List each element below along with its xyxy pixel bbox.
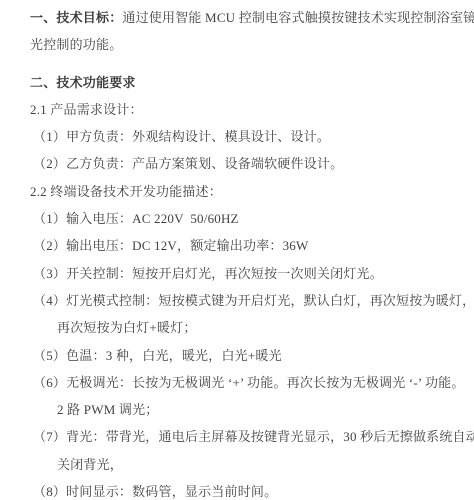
body-text: 关闭背光， bbox=[57, 457, 123, 472]
body-text: （1）输入电压：AC 220V 50/60HZ bbox=[33, 211, 239, 226]
body-text: （1）甲方负责：外观结构设计、模具设计、设计。 bbox=[33, 129, 330, 144]
body-text: 光控制的功能。 bbox=[30, 37, 122, 52]
paragraph-line: （6）无极调光：长按为无极调光 ‘+’ 功能。再次长按为无极调光 ‘-’ 功能。 bbox=[30, 369, 472, 396]
body-text: （2）输出电压：DC 12V，额定输出功率：36W bbox=[33, 238, 308, 253]
paragraph-line: 一、技术目标：通过使用智能 MCU 控制电容式触摸按键技术实现控制浴室镜灯 bbox=[30, 4, 472, 31]
body-text: （8）时间显示：数码管，显示当前时间。 bbox=[33, 484, 277, 499]
paragraph-line: 再次短按为白灯+暖灯； bbox=[30, 314, 472, 341]
paragraph-line: 2.2 终端设备技术开发功能描述： bbox=[30, 178, 472, 205]
document-body: 一、技术目标：通过使用智能 MCU 控制电容式触摸按键技术实现控制浴室镜灯光控制… bbox=[30, 4, 472, 500]
body-text: 2.2 终端设备技术开发功能描述： bbox=[30, 184, 222, 199]
paragraph-line: 光控制的功能。 bbox=[30, 31, 472, 58]
heading-text: 二、技术功能要求 bbox=[30, 75, 136, 90]
paragraph-line: （8）时间显示：数码管，显示当前时间。 bbox=[30, 478, 472, 500]
body-text: 通过使用智能 MCU 控制电容式触摸按键技术实现控制浴室镜灯 bbox=[122, 10, 474, 25]
paragraph-line: （4）灯光模式控制：短按模式键为开启灯光，默认白灯，再次短按为暖灯， bbox=[30, 287, 472, 314]
body-text: （3）开关控制：短按开启灯光，再次短按一次则关闭灯光。 bbox=[33, 266, 383, 281]
body-text: （5）色温：3 种，白光，暖光，白光+暖光 bbox=[33, 348, 282, 363]
body-text: （2）乙方负责：产品方案策划、设备端软硬件设计。 bbox=[33, 156, 343, 171]
paragraph-line: 2.1 产品需求设计： bbox=[30, 96, 472, 123]
body-text: （6）无极调光：长按为无极调光 ‘+’ 功能。再次长按为无极调光 ‘-’ 功能。 bbox=[33, 375, 465, 390]
body-text: 再次短按为白灯+暖灯； bbox=[57, 320, 197, 335]
paragraph-line: （2）输出电压：DC 12V，额定输出功率：36W bbox=[30, 232, 472, 259]
heading-text: 一、技术目标： bbox=[30, 10, 122, 25]
paragraph-line: 关闭背光， bbox=[30, 451, 472, 478]
document-page: 一、技术目标：通过使用智能 MCU 控制电容式触摸按键技术实现控制浴室镜灯光控制… bbox=[0, 0, 474, 500]
paragraph-line: （1）甲方负责：外观结构设计、模具设计、设计。 bbox=[30, 123, 472, 150]
body-text: （4）灯光模式控制：短按模式键为开启灯光，默认白灯，再次短按为暖灯， bbox=[33, 293, 474, 308]
body-text: （7）背光：带背光，通电后主屏幕及按键背光显示，30 秒后无擦做系统自动 bbox=[33, 429, 474, 444]
paragraph-line: 二、技术功能要求 bbox=[30, 69, 472, 96]
body-text: 2.1 产品需求设计： bbox=[30, 102, 143, 117]
body-text: 2 路 PWM 调光； bbox=[57, 402, 159, 417]
paragraph-line: （5）色温：3 种，白光，暖光，白光+暖光 bbox=[30, 342, 472, 369]
paragraph-line: 2 路 PWM 调光； bbox=[30, 396, 472, 423]
paragraph-line: （1）输入电压：AC 220V 50/60HZ bbox=[30, 205, 472, 232]
paragraph-line: （7）背光：带背光，通电后主屏幕及按键背光显示，30 秒后无擦做系统自动 bbox=[30, 423, 472, 450]
paragraph-line: （3）开关控制：短按开启灯光，再次短按一次则关闭灯光。 bbox=[30, 260, 472, 287]
paragraph-line: （2）乙方负责：产品方案策划、设备端软硬件设计。 bbox=[30, 150, 472, 177]
